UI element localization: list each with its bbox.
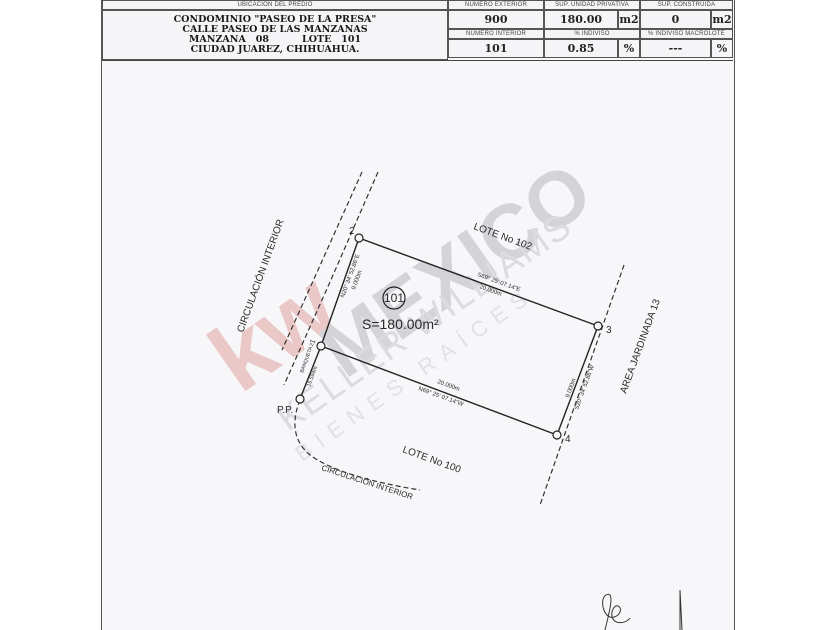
vertex-pp-icon [296,395,304,403]
vertex-3-icon [594,322,602,330]
neighbor-east: AREA JARDINADA 13 [618,297,663,395]
lot-area: S=180.00m² [362,316,439,332]
neighbor-west-bottom: CIRCULACIÓN INTERIOR [320,463,414,501]
lot-number: 101 [384,291,404,305]
vertex-pp-label: P.P. [277,405,293,416]
lot-plan-drawing: kw MEXICO KELLER WILLIAMS BIENES RAÍCES … [0,0,840,630]
vertex-2-icon [355,234,363,242]
vertex-3-label: 3 [606,325,612,336]
vertex-2-label: 2 [349,226,355,237]
signature-icon [603,590,682,630]
side-3-4-length: 9.000m [565,378,577,399]
vertex-4-label: 4 [565,434,571,445]
neighbor-south: LOTE No 100 [401,444,463,475]
vertex-1-icon [317,342,325,350]
vertex-4-icon [553,431,561,439]
side-3-4-bearing: S20° 34' 52.86"W [574,364,596,411]
